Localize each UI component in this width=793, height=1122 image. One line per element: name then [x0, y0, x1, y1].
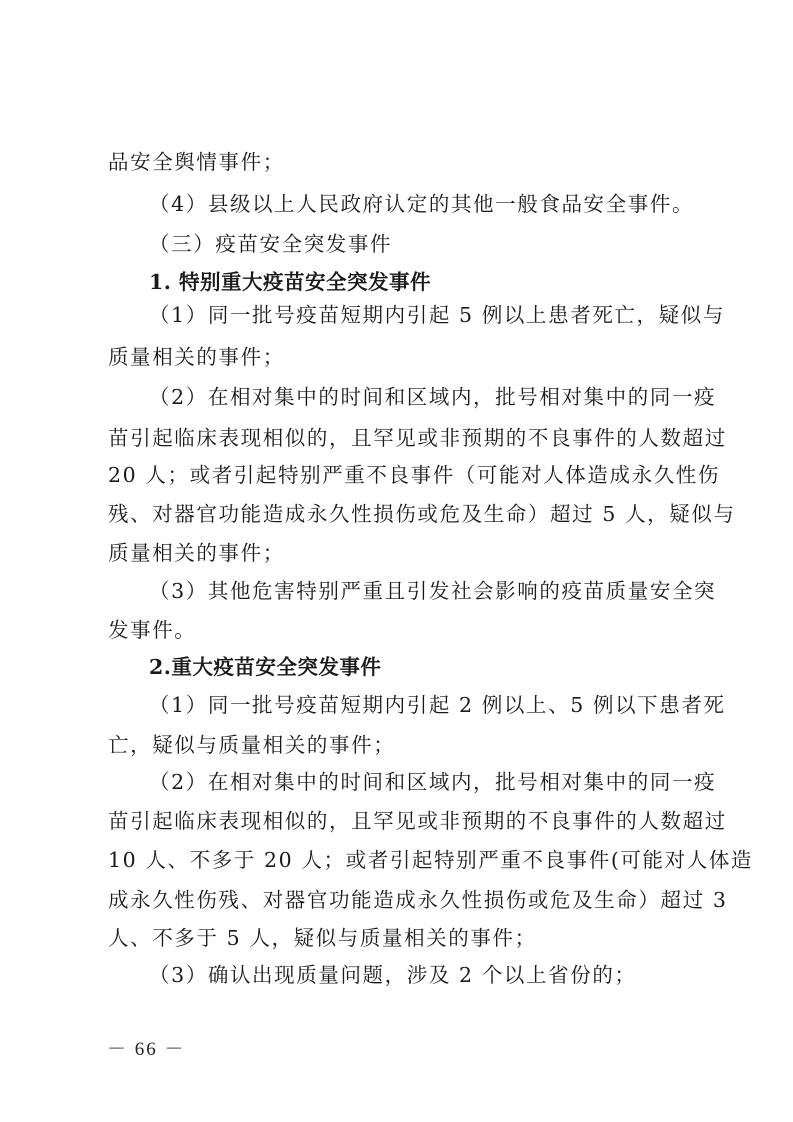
page-number: － 66 －: [107, 1034, 186, 1061]
section-heading: 1. 特别重大疫苗安全突发事件: [149, 268, 693, 296]
document-page: 品安全舆情事件；（4）县级以上人民政府认定的其他一般食品安全事件。（三）疫苗安全…: [0, 0, 793, 1122]
paragraph-line: 成永久性伤残、对器官功能造成永久性损伤或危及生命）超过 3: [108, 886, 693, 914]
paragraph-line: （2）在相对集中的时间和区域内，批号相对集中的同一疫: [149, 768, 693, 796]
paragraph-line: 质量相关的事件；: [108, 343, 693, 371]
section-heading: 2.重大疫苗安全突发事件: [149, 653, 693, 681]
paragraph-line: 苗引起临床表现相似的，且罕见或非预期的不良事件的人数超过: [108, 424, 693, 452]
paragraph-line: 10 人、不多于 20 人；或者引起特别严重不良事件(可能对人体造: [108, 846, 693, 874]
paragraph-line: （4）县级以上人民政府认定的其他一般食品安全事件。: [149, 190, 693, 218]
paragraph-line: 残、对器官功能造成永久性损伤或危及生命）超过 5 人，疑似与: [108, 500, 693, 528]
paragraph-line: （3）其他危害特别严重且引发社会影响的疫苗质量安全突: [149, 577, 693, 605]
paragraph-line: （3）确认出现质量问题，涉及 2 个以上省份的；: [149, 961, 693, 989]
paragraph-line: （1）同一批号疫苗短期内引起 2 例以上、5 例以下患者死: [149, 691, 693, 719]
paragraph-line: （1）同一批号疫苗短期内引起 5 例以上患者死亡，疑似与: [149, 301, 693, 329]
paragraph-line: 人、不多于 5 人，疑似与质量相关的事件；: [108, 924, 693, 952]
paragraph-line: （三）疫苗安全突发事件: [149, 230, 693, 258]
paragraph-line: 品安全舆情事件；: [108, 148, 693, 176]
paragraph-line: 苗引起临床表现相似的，且罕见或非预期的不良事件的人数超过: [108, 807, 693, 835]
paragraph-line: 20 人；或者引起特别严重不良事件（可能对人体造成永久性伤: [108, 461, 693, 489]
paragraph-line: 质量相关的事件；: [108, 539, 693, 567]
paragraph-line: （2）在相对集中的时间和区域内，批号相对集中的同一疫: [149, 383, 693, 411]
paragraph-line: 发事件。: [108, 616, 693, 644]
paragraph-line: 亡，疑似与质量相关的事件；: [108, 731, 693, 759]
